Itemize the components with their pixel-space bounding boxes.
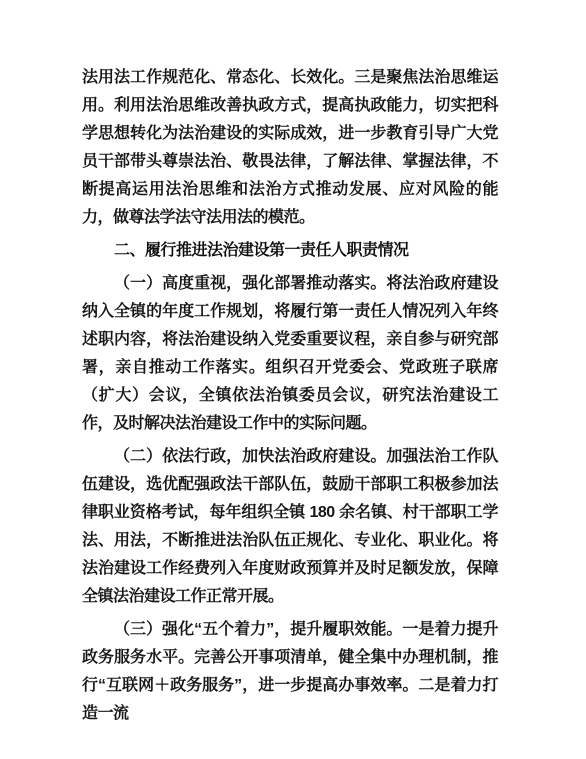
document-page: 法用法工作规范化、常态化、长效化。三是聚焦法治思维运用。利用法治思维改善执政方式… bbox=[0, 0, 586, 759]
section-heading: 二、履行推进法治建设第一责任人职责情况 bbox=[82, 237, 498, 265]
paragraph-item-3: （三）强化“五个着力”，提升履职效能。一是着力提升政务服务水平。完善公开事项清单… bbox=[82, 616, 498, 728]
paragraph-continuation: 法用法工作规范化、常态化、长效化。三是聚焦法治思维运用。利用法治思维改善执政方式… bbox=[82, 64, 498, 232]
paragraph-item-2: （二）依法行政，加快法治政府建设。加强法治工作队伍建设，选优配强政法干部队伍，鼓… bbox=[82, 443, 498, 611]
paragraph-item-1: （一）高度重视，强化部署推动落实。将法治政府建设纳入全镇的年度工作规划，将履行第… bbox=[82, 270, 498, 438]
document-text-block: 法用法工作规范化、常态化、长效化。三是聚焦法治思维运用。利用法治思维改善执政方式… bbox=[82, 64, 498, 728]
